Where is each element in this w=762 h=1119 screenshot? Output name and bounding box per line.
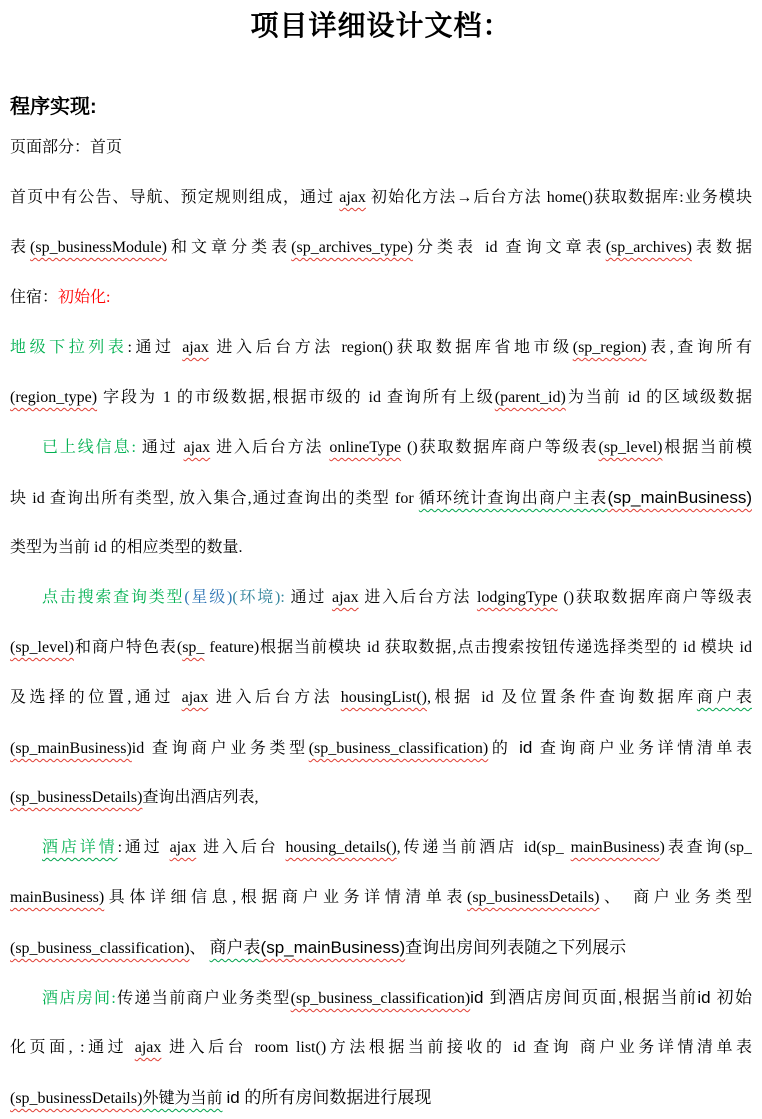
text-run: lodgingType: [477, 589, 558, 606]
text-run: feature)根据当前模块 id 获取数据,点击搜索按钮传递选择类型的 id …: [204, 639, 752, 656]
text-run: (sp_businessModule): [30, 239, 167, 256]
text-run: (parent_id): [495, 389, 566, 406]
text-run: 和文章分类表: [167, 239, 291, 256]
text-run: 查询出酒店列表,: [142, 789, 258, 806]
text-run: 进入后台方法 region()获取数据库省地市级: [209, 339, 573, 356]
text-run: (sp_businessDetails): [467, 889, 599, 906]
text-run: 为当前 id 的区域级数据: [566, 389, 752, 406]
text-run: 通过: [285, 589, 332, 606]
text-run: ()获取数据库商户等级表: [401, 439, 598, 456]
doc-line: 页面部分：首页: [10, 123, 752, 173]
text-run: (sp_mainBusiness): [607, 488, 752, 507]
text-run: 及选择的位置,通过: [10, 689, 182, 706]
text-run: 进入后台 room list()方法根据当前接收的 id 查询 商户业务详情清单…: [161, 1039, 752, 1056]
text-run: (sp_mainBusiness): [261, 938, 406, 957]
text-run: 、: [190, 940, 210, 957]
text-run: 页面部分：首页: [10, 139, 122, 156]
text-run: id 的所有房间数据进行展现: [226, 1088, 431, 1107]
doc-line: 住宿：初始化:: [10, 273, 752, 323]
page-title: 项目详细设计文档：: [10, 4, 752, 44]
doc-line: 首页中有公告、导航、预定规则组成，通过 ajax 初始化方法→后台方法 home…: [10, 173, 752, 223]
text-run: 、 商户业务类型: [599, 889, 752, 906]
text-run: ajax: [135, 1039, 162, 1056]
doc-line: 表(sp_businessModule)和文章分类表(sp_archives_t…: [10, 223, 752, 273]
text-run: (sp_level): [10, 639, 74, 656]
doc-line: 及选择的位置,通过 ajax 进入后台方法 housingList(),根据 i…: [10, 673, 752, 723]
text-run: 酒店房间:: [42, 990, 116, 1007]
text-run: ajax: [170, 839, 197, 856]
text-run: 表,查询所有: [647, 339, 752, 356]
text-run: (环境):: [232, 589, 284, 606]
text-run: (region_type): [10, 389, 97, 406]
text-run: 进入后台方法: [359, 589, 477, 606]
text-run: ,根据 id 及位置条件查询数据库: [427, 689, 697, 706]
text-run: )表查询(sp_: [660, 839, 752, 856]
doc-line: 块 id 查询出所有类型, 放入集合,通过查询出的类型 for 循环统计查询出商…: [10, 473, 752, 523]
doc-line: 酒店房间:传递当前商户业务类型(sp_business_classificati…: [10, 973, 752, 1023]
text-run: housingList(): [341, 689, 427, 706]
doc-line: 化页面, :通过 ajax 进入后台 room list()方法根据当前接收的 …: [10, 1023, 752, 1073]
text-run: 字段为 1 的市级数据,根据市级的 id 查询所有上级: [97, 389, 495, 406]
text-run: 查询商户业务详情清单表: [532, 740, 752, 757]
text-run: mainBusiness: [571, 839, 660, 856]
text-run: ()获取数据库商户等级表: [558, 589, 752, 606]
text-run: 外键为当前: [142, 1090, 222, 1107]
text-run: 的: [488, 740, 519, 757]
text-run: ajax: [182, 339, 209, 356]
text-run: :通过: [118, 839, 170, 856]
text-run: 查询出房间列表随之下列展示: [405, 938, 626, 957]
text-run: 分类表 id 查询文章表: [413, 239, 606, 256]
text-run: (sp_business_classification): [309, 740, 489, 757]
text-run: 地级下拉列表: [10, 339, 127, 356]
text-run: 初始化:: [58, 289, 110, 306]
text-run: 商户表: [210, 938, 261, 957]
text-run: 表: [10, 239, 30, 256]
doc-line: (sp_businessDetails)外键为当前 id 的所有房间数据进行展现: [10, 1073, 752, 1119]
text-run: 传递当前商户业务类型: [116, 990, 291, 1007]
text-run: 初始化方法→后台方法 home()获取数据库:业务模块: [366, 189, 752, 206]
text-run: 进入后台方法: [208, 689, 341, 706]
text-run: 酒店详情: [42, 839, 118, 856]
doc-line: 点击搜索查询类型(星级)(环境): 通过 ajax 进入后台方法 lodging…: [10, 573, 752, 623]
text-run: onlineType: [329, 439, 401, 456]
text-run: id: [519, 738, 532, 757]
text-run: 化页面, :通过: [10, 1039, 135, 1056]
text-run: sp_: [182, 639, 204, 656]
text-run: ajax: [182, 689, 209, 706]
doc-body: 页面部分：首页首页中有公告、导航、预定规则组成，通过 ajax 初始化方法→后台…: [10, 123, 752, 1119]
text-run: (sp_businessDetails): [10, 1090, 142, 1107]
text-run: 已上线信息:: [42, 439, 136, 456]
text-run: (sp_businessDetails): [10, 789, 142, 806]
text-run: housing_details(): [286, 839, 397, 856]
text-run: (sp_level): [599, 439, 663, 456]
text-run: 循环统计查询出商户主表: [419, 490, 608, 507]
text-run: ajax: [184, 439, 211, 456]
doc-line: 类型为当前 id 的相应类型的数量.: [10, 523, 752, 573]
text-run: 商户表: [697, 689, 752, 706]
text-run: (sp_business_classification): [291, 990, 471, 1007]
doc-line: (region_type) 字段为 1 的市级数据,根据市级的 id 查询所有上…: [10, 373, 752, 423]
text-run: 根据当前模: [662, 439, 751, 456]
text-run: 住宿：: [10, 289, 58, 306]
doc-line: (sp_businessDetails)查询出酒店列表,: [10, 773, 752, 823]
text-run: mainBusiness): [10, 889, 104, 906]
doc-line: (sp_level)和商户特色表(sp_ feature)根据当前模块 id 获…: [10, 623, 752, 673]
text-run: (sp_business_classification): [10, 940, 190, 957]
doc-line: 地级下拉列表:通过 ajax 进入后台方法 region()获取数据库省地市级(…: [10, 323, 752, 373]
text-run: (sp_region): [573, 339, 647, 356]
text-run: 块 id 查询出所有类型, 放入集合,通过查询出的类型 for: [10, 490, 419, 507]
doc-line: (sp_business_classification)、 商户表(sp_mai…: [10, 923, 752, 973]
text-run: 表数据: [692, 239, 752, 256]
text-run: 点击搜索查询类型: [42, 589, 184, 606]
text-run: (sp_archives): [606, 239, 692, 256]
text-run: 首页中有公告、导航、预定规则组成，通过: [10, 189, 339, 206]
section-heading: 程序实现:: [10, 90, 752, 119]
doc-line: 已上线信息: 通过 ajax 进入后台方法 onlineType ()获取数据库…: [10, 423, 752, 473]
document-page: 项目详细设计文档： 程序实现: 页面部分：首页首页中有公告、导航、预定规则组成，…: [0, 4, 762, 1119]
text-run: 具体详细信息,根据商户业务详情清单表: [104, 889, 467, 906]
text-run: ,传递当前酒店 id(sp_: [397, 839, 571, 856]
doc-line: (sp_mainBusiness)id 查询商户业务类型(sp_business…: [10, 723, 752, 773]
text-run: 类型为当前 id 的相应类型的数量.: [10, 539, 242, 556]
text-run: id 到酒店房间页面,根据当前id 初始: [470, 988, 752, 1007]
text-run: 和商户特色表(: [74, 639, 182, 656]
doc-line: mainBusiness)具体详细信息,根据商户业务详情清单表(sp_busin…: [10, 873, 752, 923]
doc-line: 酒店详情:通过 ajax 进入后台 housing_details(),传递当前…: [10, 823, 752, 873]
text-run: 进入后台方法: [210, 439, 329, 456]
text-run: id 查询商户业务类型: [132, 740, 309, 757]
text-run: ajax: [339, 189, 366, 206]
text-run: 通过: [136, 439, 184, 456]
text-run: (星级): [184, 589, 232, 606]
text-run: :通过: [127, 339, 182, 356]
text-run: (sp_mainBusiness): [10, 740, 132, 757]
text-run: 进入后台: [196, 839, 285, 856]
text-run: (sp_archives_type): [291, 239, 413, 256]
text-run: ajax: [332, 589, 359, 606]
